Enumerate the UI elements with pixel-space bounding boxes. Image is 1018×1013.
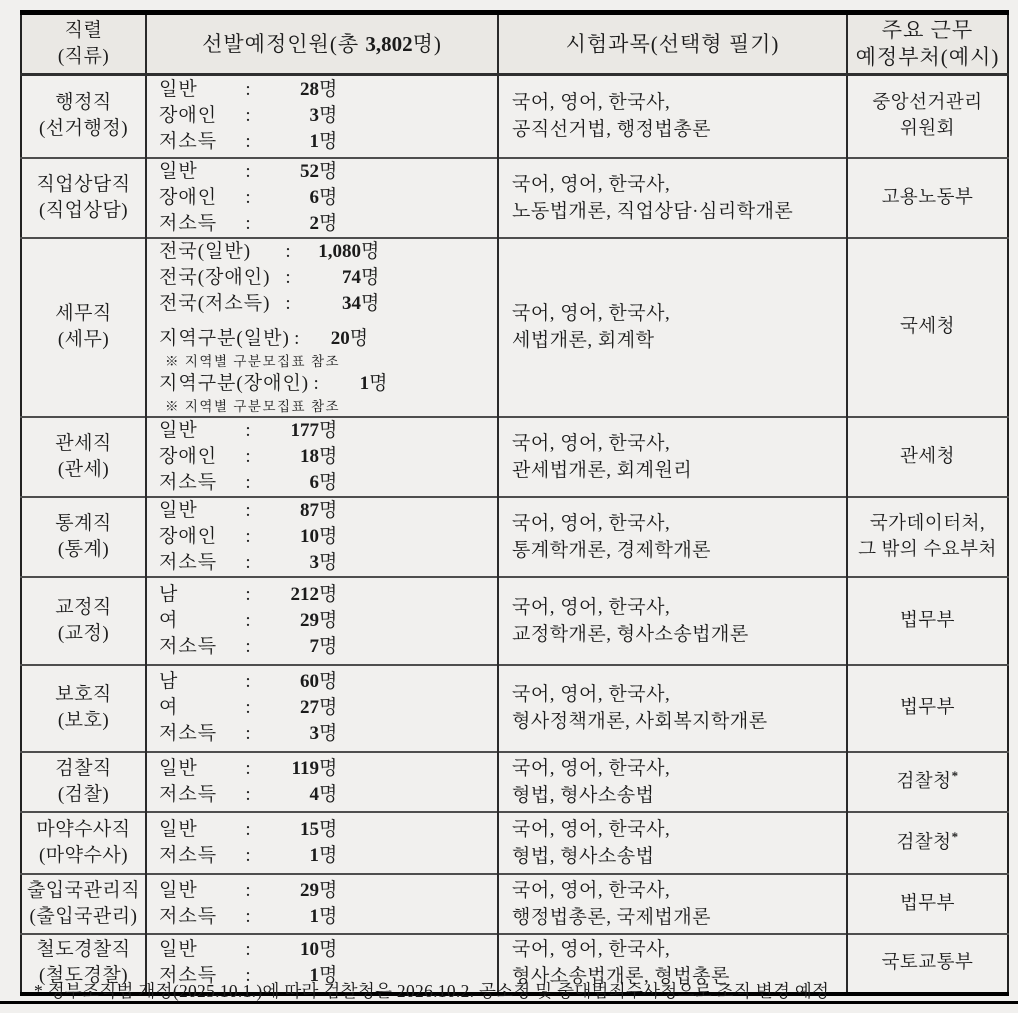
agency-footnote-marker: * [952, 767, 959, 782]
job-series-cell: 출입국관리직 (출입국관리) [21, 874, 146, 934]
agency-footnote-marker: * [952, 828, 959, 843]
job-series-cell: 교정직 (교정) [21, 577, 146, 665]
agency-line: 법무부 [900, 894, 955, 914]
selection-count: 15 [255, 817, 319, 843]
unit-label: 명 [319, 843, 337, 869]
table-header-row: 직렬 (직류) 선발예정인원(총 3,802명) 시험과목(선택형 필기) 주요… [21, 13, 1008, 75]
agency-cell: 검찰청* [847, 812, 1008, 874]
selection-line: 저소득:1명 [159, 904, 497, 930]
selection-count: 4 [255, 782, 319, 808]
subjects-line: 국어, 영어, 한국사, [512, 877, 846, 904]
selection-line: 지역구분(일반):20명 [159, 326, 497, 352]
header-exam-subjects: 시험과목(선택형 필기) [498, 13, 847, 75]
job-class-name: (통계) [22, 537, 145, 563]
agency-line: 고용노동부 [882, 188, 974, 208]
agency-cell: 검찰청* [847, 752, 1008, 812]
agency-name: 국토교통부 [848, 950, 1007, 976]
exam-subjects-cell: 국어, 영어, 한국사, 형사정책개론, 사회복지학개론 [498, 665, 847, 752]
exam-subjects-cell: 국어, 영어, 한국사, 공직선거법, 행정법총론 [498, 75, 847, 158]
exam-subjects-cell: 국어, 영어, 한국사, 관세법개론, 회계원리 [498, 417, 847, 497]
unit-label: 명 [319, 582, 337, 608]
colon: : [241, 817, 255, 843]
unit-label: 명 [319, 669, 337, 695]
subjects-line: 국어, 영어, 한국사, [512, 681, 846, 708]
unit-label: 명 [319, 211, 337, 237]
colon: : [281, 265, 295, 291]
subjects-line: 교정학개론, 형사소송법개론 [512, 621, 846, 648]
selection-category: 장애인 [159, 185, 241, 211]
selection-category: 일반 [159, 878, 241, 904]
subjects-line: 국어, 영어, 한국사, [512, 510, 846, 537]
selection-category: 장애인 [159, 444, 241, 470]
job-class-name: (관세) [22, 457, 145, 483]
job-series-name: 철도경찰직 [22, 937, 145, 963]
selection-line: 전국(저소득):34명 [159, 291, 497, 317]
table-row: 마약수사직 (마약수사) 일반:15명 저소득:1명 국어, 영어, 한국사, … [21, 812, 1008, 874]
subjects-line: 국어, 영어, 한국사, [512, 936, 846, 963]
agency-line: 법무부 [900, 611, 955, 631]
agency-name: 국세청 [848, 314, 1007, 340]
selection-category: 일반 [159, 937, 241, 963]
job-series-name: 직업상담직 [22, 172, 145, 198]
selection-count: 177 [255, 418, 319, 444]
exam-subjects-cell: 국어, 영어, 한국사, 행정법총론, 국제법개론 [498, 874, 847, 934]
selection-count: 1 [323, 371, 369, 397]
selection-count: 10 [255, 937, 319, 963]
header-agency: 주요 근무 예정부처(예시) [847, 13, 1008, 75]
job-series-name: 관세직 [22, 431, 145, 457]
selection-line: 남:212명 [159, 582, 497, 608]
colon: : [241, 669, 255, 695]
agency-name: 검찰청* [848, 769, 1007, 795]
colon: : [241, 582, 255, 608]
table-row: 교정직 (교정) 남:212명 여:29명 저소득:7명 국어, 영어, 한국사… [21, 577, 1008, 665]
page-bottom-border [0, 1001, 1018, 1004]
job-series-cell: 행정직 (선거행정) [21, 75, 146, 158]
job-series-cell: 관세직 (관세) [21, 417, 146, 497]
unit-label: 명 [319, 418, 337, 444]
selection-category: 장애인 [159, 524, 241, 550]
colon: : [281, 239, 295, 265]
unit-label: 명 [319, 878, 337, 904]
subjects-line: 세법개론, 회계학 [512, 327, 846, 354]
selection-category: 저소득 [159, 211, 241, 237]
selection-cell: 일반:119명 저소득:4명 [146, 752, 498, 812]
selection-count: 3 [255, 103, 319, 129]
agency-line: 법무부 [900, 698, 955, 718]
colon: : [241, 937, 255, 963]
selection-count: 212 [255, 582, 319, 608]
subjects-line: 형법, 형사소송법 [512, 843, 846, 870]
colon: : [241, 498, 255, 524]
header-selection-suffix: 명) [413, 32, 442, 56]
agency-cell: 법무부 [847, 577, 1008, 665]
selection-count: 2 [255, 211, 319, 237]
unit-label: 명 [361, 291, 379, 317]
job-class-name: (세무) [22, 327, 145, 353]
footnote: * 정부조직법 개정(2025.10.1.)에 따라 검찰청은 2026.10.… [34, 978, 1004, 1003]
agency-cell: 법무부 [847, 874, 1008, 934]
colon: : [241, 103, 255, 129]
job-series-cell: 마약수사직 (마약수사) [21, 812, 146, 874]
colon: : [241, 550, 255, 576]
job-class-name: (출입국관리) [22, 904, 145, 930]
job-series-name: 출입국관리직 [22, 878, 145, 904]
subjects-line: 형사정책개론, 사회복지학개론 [512, 708, 846, 735]
selection-category: 여 [159, 695, 241, 721]
selection-category: 일반 [159, 418, 241, 444]
selection-line: 전국(일반):1,080명 [159, 239, 497, 265]
agency-cell: 국가데이터처, 그 밖의 수요부처 [847, 497, 1008, 577]
selection-line: 일반:177명 [159, 418, 497, 444]
colon: : [241, 608, 255, 634]
job-series-name: 세무직 [22, 301, 145, 327]
selection-line: 일반:52명 [159, 159, 497, 185]
selection-count: 6 [255, 470, 319, 496]
selection-line: 여:29명 [159, 608, 497, 634]
selection-line: 남:60명 [159, 669, 497, 695]
selection-category: 저소득 [159, 782, 241, 808]
job-series-name: 통계직 [22, 511, 145, 537]
colon: : [241, 756, 255, 782]
colon: : [241, 782, 255, 808]
agency-line: 중앙선거관리 [872, 93, 982, 113]
selection-count: 119 [255, 756, 319, 782]
agency-name: 법무부 [848, 608, 1007, 634]
job-series-cell: 검찰직 (검찰) [21, 752, 146, 812]
selection-count: 87 [255, 498, 319, 524]
header-job-series-line2: (직류) [22, 44, 145, 70]
colon: : [241, 524, 255, 550]
unit-label: 명 [319, 608, 337, 634]
selection-cell: 일반:87명 장애인:10명 저소득:3명 [146, 497, 498, 577]
colon: : [309, 371, 323, 397]
unit-label: 명 [319, 634, 337, 660]
agency-line: 위원회 [848, 116, 1007, 142]
selection-category: 저소득 [159, 721, 241, 747]
colon: : [290, 326, 304, 352]
selection-count: 1,080 [295, 239, 361, 265]
selection-cell: 일반:29명 저소득:1명 [146, 874, 498, 934]
selection-line: 일반:87명 [159, 498, 497, 524]
selection-line: 저소득:6명 [159, 470, 497, 496]
selection-line: 저소득:3명 [159, 550, 497, 576]
unit-label: 명 [319, 550, 337, 576]
job-series-cell: 직업상담직 (직업상담) [21, 158, 146, 238]
subjects-line: 국어, 영어, 한국사, [512, 89, 846, 116]
selection-cell: 남:60명 여:27명 저소득:3명 [146, 665, 498, 752]
unit-label: 명 [319, 782, 337, 808]
selection-count: 27 [255, 695, 319, 721]
subjects-line: 국어, 영어, 한국사, [512, 300, 846, 327]
selection-line: 장애인:18명 [159, 444, 497, 470]
selection-line: 저소득:7명 [159, 634, 497, 660]
header-job-series-line1: 직렬 [22, 18, 145, 44]
selection-category: 남 [159, 582, 241, 608]
colon: : [241, 843, 255, 869]
job-class-name: (선거행정) [22, 116, 145, 142]
subjects-line: 관세법개론, 회계원리 [512, 457, 846, 484]
colon: : [241, 159, 255, 185]
agency-line: 검찰청 [896, 833, 951, 853]
selection-count: 29 [255, 608, 319, 634]
unit-label: 명 [319, 695, 337, 721]
colon: : [241, 185, 255, 211]
unit-label: 명 [319, 498, 337, 524]
subjects-line: 국어, 영어, 한국사, [512, 594, 846, 621]
table-row: 보호직 (보호) 남:60명 여:27명 저소득:3명 국어, 영어, 한국사,… [21, 665, 1008, 752]
unit-label: 명 [361, 239, 379, 265]
agency-name: 관세청 [848, 444, 1007, 470]
exam-subjects-cell: 국어, 영어, 한국사, 교정학개론, 형사소송법개론 [498, 577, 847, 665]
unit-label: 명 [319, 904, 337, 930]
subjects-line: 국어, 영어, 한국사, [512, 430, 846, 457]
unit-label: 명 [369, 371, 387, 397]
selection-category: 일반 [159, 159, 241, 185]
selection-cell: 남:212명 여:29명 저소득:7명 [146, 577, 498, 665]
colon: : [241, 878, 255, 904]
selection-count: 52 [255, 159, 319, 185]
table-row: 검찰직 (검찰) 일반:119명 저소득:4명 국어, 영어, 한국사, 형법,… [21, 752, 1008, 812]
subjects-line: 국어, 영어, 한국사, [512, 171, 846, 198]
total-count: 3,802 [365, 32, 412, 56]
selection-count: 29 [255, 878, 319, 904]
selection-line: 지역구분(장애인):1명 [159, 371, 497, 397]
selection-category: 저소득 [159, 129, 241, 155]
selection-line: 저소득:2명 [159, 211, 497, 237]
job-series-name: 교정직 [22, 595, 145, 621]
agency-line: 관세청 [900, 447, 955, 467]
job-series-name: 행정직 [22, 90, 145, 116]
agency-name: 국가데이터처, [848, 511, 1007, 537]
agency-cell: 관세청 [847, 417, 1008, 497]
unit-label: 명 [319, 159, 337, 185]
table-row: 출입국관리직 (출입국관리) 일반:29명 저소득:1명 국어, 영어, 한국사… [21, 874, 1008, 934]
unit-label: 명 [319, 524, 337, 550]
selection-count: 60 [255, 669, 319, 695]
unit-label: 명 [319, 721, 337, 747]
exam-subjects-cell: 국어, 영어, 한국사, 형법, 형사소송법 [498, 752, 847, 812]
selection-category: 저소득 [159, 550, 241, 576]
selection-category: 저소득 [159, 470, 241, 496]
header-selection-count: 선발예정인원(총 3,802명) [146, 13, 498, 75]
subjects-line: 노동법개론, 직업상담·심리학개론 [512, 198, 846, 225]
colon: : [241, 211, 255, 237]
colon: : [281, 291, 295, 317]
selection-line: 일반:119명 [159, 756, 497, 782]
subjects-line: 국어, 영어, 한국사, [512, 816, 846, 843]
unit-label: 명 [319, 470, 337, 496]
selection-category: 전국(장애인) [159, 265, 281, 291]
selection-line: 일반:29명 [159, 878, 497, 904]
scanned-document-page: { "colon": ":", "unit": "명", "header": {… [0, 0, 1018, 1013]
exam-subjects-cell: 국어, 영어, 한국사, 형법, 형사소송법 [498, 812, 847, 874]
job-series-cell: 세무직 (세무) [21, 238, 146, 417]
selection-category: 일반 [159, 817, 241, 843]
header-agency-line1: 주요 근무 [848, 17, 1007, 44]
table-row: 통계직 (통계) 일반:87명 장애인:10명 저소득:3명 국어, 영어, 한… [21, 497, 1008, 577]
agency-name: 법무부 [848, 695, 1007, 721]
agency-line: 국토교통부 [882, 953, 974, 973]
selection-cell: 일반:177명 장애인:18명 저소득:6명 [146, 417, 498, 497]
selection-category: 저소득 [159, 904, 241, 930]
selection-line: 저소득:4명 [159, 782, 497, 808]
selection-line: 장애인:10명 [159, 524, 497, 550]
selection-count: 3 [255, 721, 319, 747]
selection-count: 6 [255, 185, 319, 211]
job-class-name: (검찰) [22, 782, 145, 808]
exam-subjects-cell: 국어, 영어, 한국사, 통계학개론, 경제학개론 [498, 497, 847, 577]
subjects-line: 국어, 영어, 한국사, [512, 755, 846, 782]
job-class-name: (마약수사) [22, 843, 145, 869]
selection-category: 지역구분(장애인) [159, 371, 309, 397]
header-agency-line2: 예정부처(예시) [848, 44, 1007, 71]
selection-category: 장애인 [159, 103, 241, 129]
selection-count: 7 [255, 634, 319, 660]
agency-line: 검찰청 [896, 772, 951, 792]
colon: : [241, 695, 255, 721]
agency-name: 중앙선거관리 [848, 90, 1007, 116]
selection-category: 일반 [159, 498, 241, 524]
unit-label: 명 [319, 129, 337, 155]
agency-name: 고용노동부 [848, 185, 1007, 211]
agency-cell: 법무부 [847, 665, 1008, 752]
unit-label: 명 [319, 185, 337, 211]
unit-label: 명 [319, 77, 337, 103]
selection-count: 74 [295, 265, 361, 291]
header-job-series: 직렬 (직류) [21, 13, 146, 75]
colon: : [241, 129, 255, 155]
selection-line: 일반:15명 [159, 817, 497, 843]
selection-category: 전국(일반) [159, 239, 281, 265]
selection-cell: 일반:52명 장애인:6명 저소득:2명 [146, 158, 498, 238]
subjects-line: 공직선거법, 행정법총론 [512, 116, 846, 143]
selection-cell: 일반:15명 저소득:1명 [146, 812, 498, 874]
selection-category: 남 [159, 669, 241, 695]
selection-line: 저소득:1명 [159, 129, 497, 155]
job-series-name: 마약수사직 [22, 817, 145, 843]
colon: : [241, 904, 255, 930]
selection-count: 1 [255, 904, 319, 930]
selection-line: 저소득:3명 [159, 721, 497, 747]
selection-line: 일반:28명 [159, 77, 497, 103]
exam-subjects-cell: 국어, 영어, 한국사, 세법개론, 회계학 [498, 238, 847, 417]
selection-count: 1 [255, 129, 319, 155]
exam-subjects-cell: 국어, 영어, 한국사, 노동법개론, 직업상담·심리학개론 [498, 158, 847, 238]
subjects-line: 행정법총론, 국제법개론 [512, 904, 846, 931]
selection-line: 장애인:3명 [159, 103, 497, 129]
selection-count: 20 [304, 326, 350, 352]
table-row: 행정직 (선거행정) 일반:28명 장애인:3명 저소득:1명 국어, 영어, … [21, 75, 1008, 158]
selection-line: 저소득:1명 [159, 843, 497, 869]
selection-count: 10 [255, 524, 319, 550]
colon: : [241, 77, 255, 103]
unit-label: 명 [361, 265, 379, 291]
selection-line: 일반:10명 [159, 937, 497, 963]
selection-category: 일반 [159, 77, 241, 103]
agency-cell: 고용노동부 [847, 158, 1008, 238]
unit-label: 명 [319, 817, 337, 843]
agency-cell: 국세청 [847, 238, 1008, 417]
job-series-cell: 통계직 (통계) [21, 497, 146, 577]
unit-label: 명 [319, 937, 337, 963]
regional-recruitment-note: ※ 지역별 구분모집표 참조 [159, 352, 497, 371]
colon: : [241, 444, 255, 470]
selection-category: 지역구분(일반) [159, 326, 290, 352]
selection-category: 저소득 [159, 634, 241, 660]
table-row: 직업상담직 (직업상담) 일반:52명 장애인:6명 저소득:2명 국어, 영어… [21, 158, 1008, 238]
colon: : [241, 418, 255, 444]
job-class-name: (직업상담) [22, 198, 145, 224]
colon: : [241, 721, 255, 747]
table-row: 관세직 (관세) 일반:177명 장애인:18명 저소득:6명 국어, 영어, … [21, 417, 1008, 497]
unit-label: 명 [319, 756, 337, 782]
agency-name: 법무부 [848, 891, 1007, 917]
selection-line: 장애인:6명 [159, 185, 497, 211]
job-series-name: 보호직 [22, 682, 145, 708]
selection-category: 저소득 [159, 843, 241, 869]
job-class-name: (교정) [22, 621, 145, 647]
table-row: 세무직 (세무) 전국(일반):1,080명 전국(장애인):74명 전국(저소… [21, 238, 1008, 417]
selection-count: 34 [295, 291, 361, 317]
job-class-name: (보호) [22, 708, 145, 734]
selection-category: 전국(저소득) [159, 291, 281, 317]
job-series-name: 검찰직 [22, 756, 145, 782]
colon: : [241, 634, 255, 660]
agency-line: 국세청 [900, 317, 955, 337]
agency-cell: 중앙선거관리 위원회 [847, 75, 1008, 158]
subjects-line: 형법, 형사소송법 [512, 782, 846, 809]
selection-cell: 전국(일반):1,080명 전국(장애인):74명 전국(저소득):34명 지역… [146, 238, 498, 417]
selection-count: 18 [255, 444, 319, 470]
recruitment-table: 직렬 (직류) 선발예정인원(총 3,802명) 시험과목(선택형 필기) 주요… [20, 10, 1009, 996]
subjects-line: 통계학개론, 경제학개론 [512, 537, 846, 564]
unit-label: 명 [350, 326, 368, 352]
selection-line: 여:27명 [159, 695, 497, 721]
selection-category: 일반 [159, 756, 241, 782]
selection-count: 3 [255, 550, 319, 576]
unit-label: 명 [319, 444, 337, 470]
agency-line: 국가데이터처, [870, 514, 985, 534]
selection-cell: 일반:28명 장애인:3명 저소득:1명 [146, 75, 498, 158]
unit-label: 명 [319, 103, 337, 129]
agency-name: 검찰청* [848, 830, 1007, 856]
agency-line: 그 밖의 수요부처 [848, 537, 1007, 563]
selection-line: 전국(장애인):74명 [159, 265, 497, 291]
job-series-cell: 보호직 (보호) [21, 665, 146, 752]
colon: : [241, 470, 255, 496]
header-selection-prefix: 선발예정인원(총 [202, 32, 365, 56]
selection-count: 28 [255, 77, 319, 103]
regional-recruitment-note: ※ 지역별 구분모집표 참조 [159, 397, 497, 416]
selection-category: 여 [159, 608, 241, 634]
selection-count: 1 [255, 843, 319, 869]
